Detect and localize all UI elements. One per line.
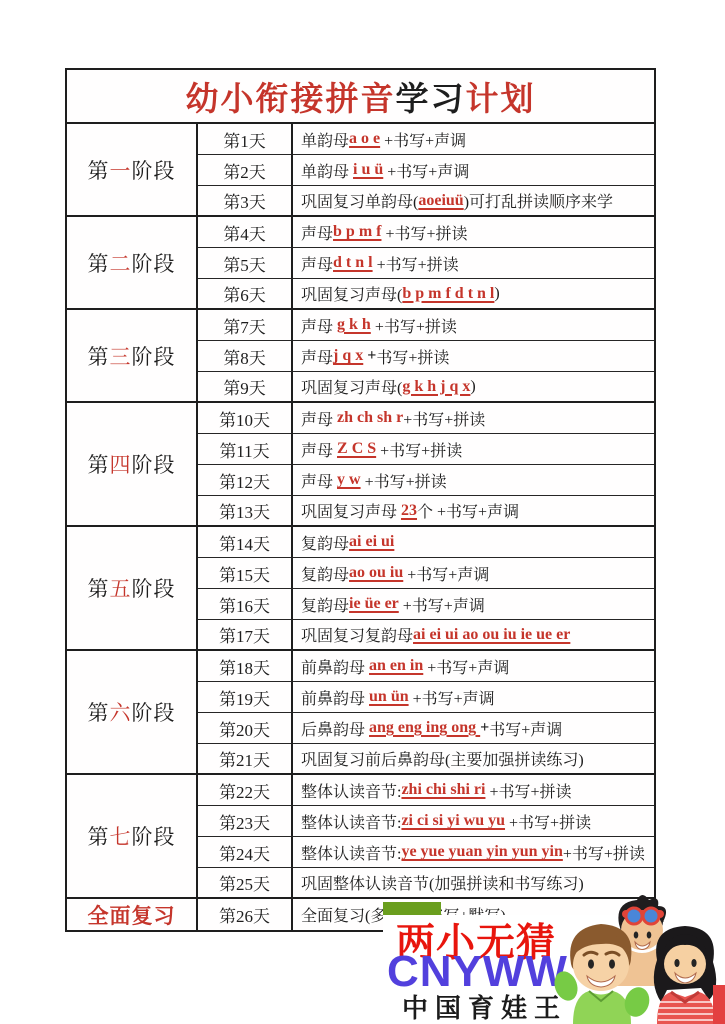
text-segment: zi ci si yi wu yu xyxy=(401,812,505,830)
text-segment: 前鼻韵母 xyxy=(301,655,369,678)
text-segment: j q x xyxy=(333,347,363,365)
text-segment: 整体认读音节: xyxy=(301,841,401,864)
text-segment: +书写+拼读 xyxy=(371,314,457,337)
text-segment: 声母 xyxy=(301,221,333,244)
text-segment: 阶段 xyxy=(132,155,176,185)
text-segment: )可打乱拼读顺序来学 xyxy=(464,189,613,212)
day-cell: 第25天 xyxy=(198,868,293,899)
text-segment: +书写+声调 xyxy=(409,686,495,709)
content-cell: 声母 y w +书写+拼读 xyxy=(293,465,654,496)
day-cell: 第13天 xyxy=(198,496,293,527)
stage-cell: 第三阶段 xyxy=(67,310,198,403)
text-segment: ye yue yuan yin yun yin xyxy=(401,843,562,861)
text-segment: g k h j q x xyxy=(402,378,470,396)
content-cell: 声母 g k h +书写+拼读 xyxy=(293,310,654,341)
content-cell: 声母b p m f +书写+拼读 xyxy=(293,217,654,248)
content-cell: 巩固复习声母 23个 +书写+声调 xyxy=(293,496,654,527)
day-cell: 第3天 xyxy=(198,186,293,217)
text-segment: +书写+拼读 xyxy=(563,841,645,864)
day-cell: 第5天 xyxy=(198,248,293,279)
day-cell: 第2天 xyxy=(198,155,293,186)
content-cell: 巩固复习单韵母(aoeiuü)可打乱拼读顺序来学 xyxy=(293,186,654,217)
day-cell: 第8天 xyxy=(198,341,293,372)
text-segment: 巩固复习单韵母( xyxy=(301,189,418,212)
text-segment: 声母 xyxy=(301,314,337,337)
stage-cell: 第四阶段 xyxy=(67,403,198,527)
day-cell: 第14天 xyxy=(198,527,293,558)
content-cell: 声母 Z C S +书写+拼读 xyxy=(293,434,654,465)
text-segment: 第 xyxy=(88,697,110,727)
text-segment: y w xyxy=(337,471,361,489)
text-segment: ai ei ui xyxy=(349,533,394,551)
text-segment: 阶段 xyxy=(132,341,176,371)
content-cell: 巩固复习声母(g k h j q x) xyxy=(293,372,654,403)
day-cell: 第24天 xyxy=(198,837,293,868)
text-segment: +书写+拼读 xyxy=(505,810,591,833)
stage-cell: 第七阶段 xyxy=(67,775,198,899)
text-segment: a o e xyxy=(349,130,380,148)
text-segment: + xyxy=(480,719,489,737)
kids-cartoon-illustration xyxy=(545,890,725,1024)
text-segment: 巩固复习声母 xyxy=(301,499,401,522)
text-segment: +书写+拼读 xyxy=(485,779,571,802)
text-segment: +书写+拼读 xyxy=(361,469,447,492)
plan-table-body: 第一阶段第1天单韵母a o e +书写+声调第2天单韵母 i u ü +书写+声… xyxy=(67,124,654,930)
text-segment: 声母 xyxy=(301,407,337,430)
pinyin-plan-table: 幼小衔接拼音学习计划 第一阶段第1天单韵母a o e +书写+声调第2天单韵母 … xyxy=(65,68,656,932)
text-segment: 第 xyxy=(88,248,110,278)
text-segment: ) xyxy=(470,378,475,396)
text-segment: 声母 xyxy=(301,252,333,275)
day-cell: 第12天 xyxy=(198,465,293,496)
text-segment: b p m f d t n l xyxy=(402,285,494,303)
content-cell: 巩固复习复韵母ai ei ui ao ou iu ie ue er xyxy=(293,620,654,651)
day-cell: 第20天 xyxy=(198,713,293,744)
day-cell: 第9天 xyxy=(198,372,293,403)
content-cell: 复韵母ie üe er +书写+声调 xyxy=(293,589,654,620)
text-segment: 三 xyxy=(110,341,132,371)
text-segment: +书写+声调 xyxy=(380,128,466,151)
text-segment: aoeiuü xyxy=(418,192,463,210)
text-segment: 个 +书写+声调 xyxy=(417,499,519,522)
stage-cell: 第五阶段 xyxy=(67,527,198,651)
text-segment: +书写+声调 xyxy=(423,655,509,678)
text-segment: 计划 xyxy=(466,73,536,120)
text-segment: 二 xyxy=(110,248,132,278)
content-cell: 单韵母a o e +书写+声调 xyxy=(293,124,654,155)
text-segment: 复韵母 xyxy=(301,593,349,616)
day-cell: 第18天 xyxy=(198,651,293,682)
text-segment: 第 xyxy=(88,449,110,479)
text-segment: 23 xyxy=(401,502,417,520)
text-segment: 整体认读音节: xyxy=(301,810,401,833)
text-segment: 书写+声调 xyxy=(489,717,562,740)
day-cell: 第22天 xyxy=(198,775,293,806)
content-cell: 声母 zh ch sh r+书写+拼读 xyxy=(293,403,654,434)
text-segment: +书写+拼读 xyxy=(381,221,467,244)
text-segment: + xyxy=(367,347,376,365)
day-cell: 第16天 xyxy=(198,589,293,620)
content-cell: 单韵母 i u ü +书写+声调 xyxy=(293,155,654,186)
text-segment: 阶段 xyxy=(132,248,176,278)
text-segment: +书写+拼读 xyxy=(376,438,462,461)
text-segment: zhi chi shi ri xyxy=(401,781,485,799)
text-segment: 前鼻韵母 xyxy=(301,686,369,709)
day-cell: 第1天 xyxy=(198,124,293,155)
watermark-site-name: 中国育娃王 xyxy=(402,988,567,1024)
text-segment: 巩固整体认读音节(加强拼读和书写练习) xyxy=(301,871,584,894)
text-segment: b p m f xyxy=(333,223,381,241)
text-segment: 第 xyxy=(88,341,110,371)
text-segment: 五 xyxy=(110,573,132,603)
content-cell: 复韵母ao ou iu +书写+声调 xyxy=(293,558,654,589)
text-segment: +书写+声调 xyxy=(403,562,489,585)
text-segment: 学习 xyxy=(396,73,466,120)
content-cell: 整体认读音节:ye yue yuan yin yun yin+书写+拼读 xyxy=(293,837,654,868)
content-cell: 声母j q x +书写+拼读 xyxy=(293,341,654,372)
day-cell: 第7天 xyxy=(198,310,293,341)
text-segment: 巩固复习声母( xyxy=(301,282,402,305)
content-cell: 复韵母ai ei ui xyxy=(293,527,654,558)
text-segment: an en in xyxy=(369,657,423,675)
day-cell: 第4天 xyxy=(198,217,293,248)
text-segment: 七 xyxy=(110,821,132,851)
text-segment: 阶段 xyxy=(132,449,176,479)
right-edge-red-mark xyxy=(713,985,725,1024)
content-cell: 后鼻韵母 ang eng ing ong +书写+声调 xyxy=(293,713,654,744)
text-segment: ) xyxy=(494,285,499,303)
text-segment: 六 xyxy=(110,697,132,727)
content-cell: 声母d t n l +书写+拼读 xyxy=(293,248,654,279)
text-segment: ao ou iu xyxy=(349,564,403,582)
text-segment: +书写+声调 xyxy=(383,159,469,182)
day-cell: 第26天 xyxy=(198,899,293,930)
text-segment: 第 xyxy=(88,821,110,851)
text-segment: i u ü xyxy=(353,161,383,179)
text-segment: 整体认读音节: xyxy=(301,779,401,802)
day-cell: 第11天 xyxy=(198,434,293,465)
text-segment: ai ei ui ao ou iu ie ue er xyxy=(413,626,570,644)
text-segment: 后鼻韵母 xyxy=(301,717,369,740)
page-title: 幼小衔接拼音学习计划 xyxy=(67,70,654,124)
text-segment: 全面复习 xyxy=(88,900,176,930)
text-segment: 单韵母 xyxy=(301,159,353,182)
text-segment: 复韵母 xyxy=(301,531,349,554)
text-segment: 声母 xyxy=(301,469,337,492)
content-cell: 整体认读音节:zi ci si yi wu yu +书写+拼读 xyxy=(293,806,654,837)
day-cell: 第15天 xyxy=(198,558,293,589)
text-segment: 第 xyxy=(88,573,110,603)
text-segment: 一 xyxy=(110,155,132,185)
text-segment: un ün xyxy=(369,688,409,706)
content-cell: 整体认读音节:zhi chi shi ri +书写+拼读 xyxy=(293,775,654,806)
text-segment: 单韵母 xyxy=(301,128,349,151)
day-cell: 第17天 xyxy=(198,620,293,651)
content-cell: 巩固复习前后鼻韵母(主要加强拼读练习) xyxy=(293,744,654,775)
day-cell: 第19天 xyxy=(198,682,293,713)
text-segment: 阶段 xyxy=(132,697,176,727)
day-cell: 第21天 xyxy=(198,744,293,775)
text-segment: 复韵母 xyxy=(301,562,349,585)
content-cell: 前鼻韵母 un ün +书写+声调 xyxy=(293,682,654,713)
text-segment: d t n l xyxy=(333,254,373,272)
text-segment: g k h xyxy=(337,316,371,334)
text-segment: 巩固复习声母( xyxy=(301,375,402,398)
text-segment: +书写+声调 xyxy=(399,593,485,616)
content-cell: 前鼻韵母 an en in +书写+声调 xyxy=(293,651,654,682)
text-segment: 巩固复习复韵母 xyxy=(301,623,413,646)
text-segment: 声母 xyxy=(301,345,333,368)
text-segment: zh ch sh r xyxy=(337,409,403,427)
text-segment: ie üe er xyxy=(349,595,399,613)
text-segment: +书写+拼读 xyxy=(403,407,485,430)
day-cell: 第10天 xyxy=(198,403,293,434)
text-segment: 第 xyxy=(88,155,110,185)
text-segment: 书写+拼读 xyxy=(376,345,449,368)
stage-cell: 第一阶段 xyxy=(67,124,198,217)
stage-cell: 第二阶段 xyxy=(67,217,198,310)
stage-cell: 全面复习 xyxy=(67,899,198,930)
day-cell: 第6天 xyxy=(198,279,293,310)
stage-cell: 第六阶段 xyxy=(67,651,198,775)
text-segment: 幼小衔接拼音 xyxy=(186,73,396,120)
text-segment: Z C S xyxy=(337,440,376,458)
text-segment: 声母 xyxy=(301,438,337,461)
text-segment: 巩固复习前后鼻韵母(主要加强拼读练习) xyxy=(301,747,584,770)
text-segment: 四 xyxy=(110,449,132,479)
text-segment: +书写+拼读 xyxy=(373,252,459,275)
text-segment: ang eng ing ong xyxy=(369,719,480,737)
girl-figure xyxy=(654,926,716,1024)
text-segment: 阶段 xyxy=(132,573,176,603)
day-cell: 第23天 xyxy=(198,806,293,837)
text-segment: 阶段 xyxy=(132,821,176,851)
content-cell: 巩固复习声母(b p m f d t n l) xyxy=(293,279,654,310)
